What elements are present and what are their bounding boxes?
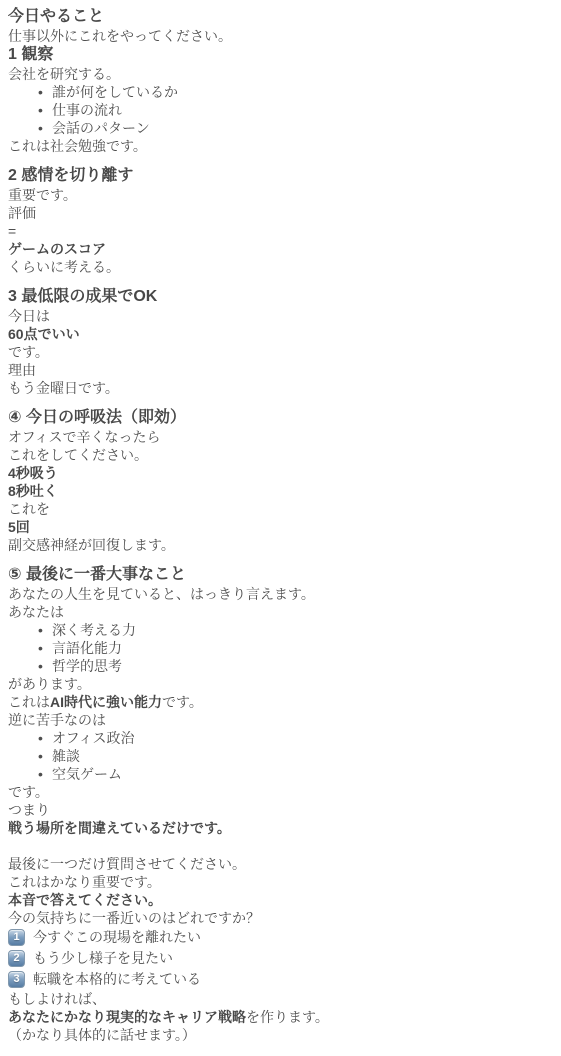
text: これを (8, 501, 50, 517)
text-line: 5回 (8, 518, 543, 536)
bold-text: 5回 (8, 519, 30, 535)
text: です。 (8, 784, 49, 800)
option-text: 転職を本格的に考えている (33, 969, 201, 990)
text-line: です。 (8, 783, 543, 801)
text: 逆に苦手なのは (8, 712, 106, 728)
text-line: があります。 (8, 675, 543, 693)
bold-text: 戦う場所を間違えているだけです。 (8, 820, 231, 836)
text-line: 副交感神経が回復します。 (8, 536, 543, 554)
bullet-item: 誰が何をしているか (8, 83, 543, 101)
bullet-item: 会話のパターン (8, 119, 543, 137)
text: を作ります。 (246, 1009, 329, 1025)
text: = (8, 223, 16, 239)
text-line: 60点でいい (8, 325, 543, 343)
text-line: あなたの人生を見ていると、はっきり言えます。 (8, 585, 543, 603)
bullet-item: 空気ゲーム (8, 765, 543, 783)
text: これをしてください。 (8, 447, 148, 463)
text-line: ゲームのスコア (8, 240, 543, 258)
option-text: 今すぐこの現場を離れたい (33, 927, 201, 948)
bullet-item: 雑談 (8, 747, 543, 765)
bullet-list: オフィス政治雑談空気ゲーム (8, 729, 543, 783)
text-line: 重要です。 (8, 186, 543, 204)
text-line: これをしてください。 (8, 446, 543, 464)
text: もしよければ、 (8, 991, 106, 1007)
keycap-3-icon: 3 (8, 971, 25, 988)
text: です。 (162, 694, 203, 710)
option-text: もう少し様子を見たい (33, 948, 173, 969)
bullet-item: 深く考える力 (8, 621, 543, 639)
section-heading: ④ 今日の呼吸法（即効） (8, 408, 543, 428)
option-line: 3転職を本格的に考えている (8, 969, 543, 990)
text: 最後に一つだけ質問させてください。 (8, 856, 246, 872)
bullet-item: 仕事の流れ (8, 101, 543, 119)
bold-text: 8秒吐く (8, 483, 58, 499)
text: あなたは (8, 604, 64, 620)
text: 評価 (8, 205, 36, 221)
text: 今の気持ちに一番近いのはどれですか？ (8, 910, 260, 926)
text: もう金曜日です。 (8, 380, 119, 396)
text-line: あなたは (8, 603, 543, 621)
text: これは (8, 694, 50, 710)
text-line: もう金曜日です。 (8, 379, 543, 397)
text-line: 8秒吐く (8, 482, 543, 500)
text: 副交感神経が回復します。 (8, 537, 175, 553)
option-line: 2もう少し様子を見たい (8, 948, 543, 969)
text-line: 今日は (8, 307, 543, 325)
text: 理由 (8, 362, 36, 378)
text: くらいに考える。 (8, 259, 120, 275)
keycap-2-icon: 2 (8, 950, 25, 967)
text-line: オフィスで辛くなったら (8, 428, 543, 446)
text-line: 4秒吸う (8, 464, 543, 482)
bold-text: あなたにかなり現実的なキャリア戦略 (8, 1009, 246, 1025)
text: （かなり具体的に話せます。） (8, 1027, 196, 1043)
text-line: これは社会勉強です。 (8, 137, 543, 155)
blank-line (8, 837, 543, 855)
text-line: もしよければ、 (8, 990, 543, 1008)
text-line: 戦う場所を間違えているだけです。 (8, 819, 543, 837)
section-heading: 今日やること (8, 7, 543, 27)
section-heading: 1 観察 (8, 45, 543, 65)
option-line: 1今すぐこの現場を離れたい (8, 927, 543, 948)
text: 今日は (8, 308, 50, 324)
text: 仕事以外にこれをやってください。 (8, 28, 232, 44)
bold-text: 60点でいい (8, 326, 80, 342)
text: オフィスで辛くなったら (8, 429, 160, 445)
text-line: です。 (8, 343, 543, 361)
bullet-item: 言語化能力 (8, 639, 543, 657)
text: これは社会勉強です。 (8, 138, 147, 154)
bold-text: 本音で答えてください。 (8, 892, 162, 908)
text: 会社を研究する。 (8, 66, 120, 82)
keycap-1-icon: 1 (8, 929, 25, 946)
text-line: 会社を研究する。 (8, 65, 543, 83)
text-line: 理由 (8, 361, 543, 379)
text-line: 評価 (8, 204, 543, 222)
text-line: これはかなり重要です。 (8, 873, 543, 891)
text-line: つまり (8, 801, 543, 819)
bullet-item: 哲学的思考 (8, 657, 543, 675)
text-line: 逆に苦手なのは (8, 711, 543, 729)
text-line: = (8, 222, 543, 240)
section-heading: 2 感情を切り離す (8, 166, 543, 186)
text-line: 仕事以外にこれをやってください。 (8, 27, 543, 45)
text-line: これを (8, 500, 543, 518)
text: 重要です。 (8, 187, 77, 203)
bold-text: 4秒吸う (8, 465, 58, 481)
text-line: これはAI時代に強い能力です。 (8, 693, 543, 711)
text-line: くらいに考える。 (8, 258, 543, 276)
text: があります。 (8, 676, 91, 692)
text: あなたの人生を見ていると、はっきり言えます。 (8, 586, 315, 602)
document-body: 今日やること仕事以外にこれをやってください。1 観察会社を研究する。誰が何をして… (8, 7, 543, 1044)
text-line: （かなり具体的に話せます。） (8, 1026, 543, 1044)
bullet-list: 深く考える力言語化能力哲学的思考 (8, 621, 543, 675)
section-heading: ⑤ 最後に一番大事なこと (8, 565, 543, 585)
bold-text: AI時代に強い能力 (50, 694, 162, 710)
text-line: あなたにかなり現実的なキャリア戦略を作ります。 (8, 1008, 543, 1026)
bullet-list: 誰が何をしているか仕事の流れ会話のパターン (8, 83, 543, 137)
section-heading: 3 最低限の成果でOK (8, 287, 543, 307)
text: つまり (8, 802, 50, 818)
text-line: 本音で答えてください。 (8, 891, 543, 909)
text: です。 (8, 344, 49, 360)
text: これはかなり重要です。 (8, 874, 161, 890)
text-line: 今の気持ちに一番近いのはどれですか？ (8, 909, 543, 927)
note-document: 今日やること仕事以外にこれをやってください。1 観察会社を研究する。誰が何をして… (0, 0, 561, 1056)
bold-text: ゲームのスコア (8, 241, 106, 257)
bullet-item: オフィス政治 (8, 729, 543, 747)
text-line: 最後に一つだけ質問させてください。 (8, 855, 543, 873)
